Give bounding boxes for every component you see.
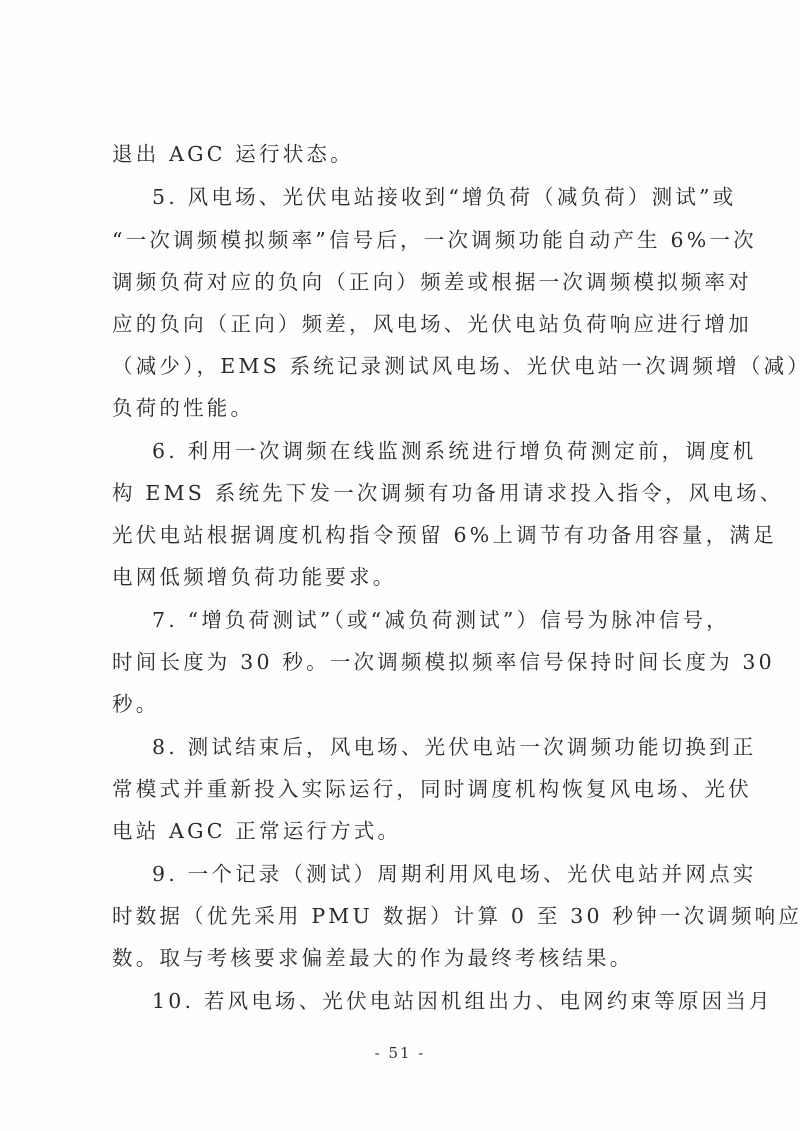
paragraph-8-start: 8. 测试结束后，风电场、光伏电站一次调频功能切换到正 bbox=[152, 733, 692, 761]
text-line: 构 EMS 系统先下发一次调频有功备用请求投入指令，风电场、 bbox=[112, 479, 692, 507]
text-line: （减少），EMS 系统记录测试风电场、光伏电站一次调频增（减） bbox=[112, 352, 692, 380]
text-line: 时数据（优先采用 PMU 数据）计算 0 至 30 秒钟一次调频响应指 bbox=[112, 902, 692, 930]
text-line: “一次调频模拟频率”信号后，一次调频功能自动产生 6%一次 bbox=[112, 226, 692, 254]
text-line: 数。取与考核要求偏差最大的作为最终考核结果。 bbox=[112, 944, 692, 972]
paragraph-6-start: 6. 利用一次调频在线监测系统进行增负荷测定前，调度机 bbox=[152, 437, 692, 465]
text-line: 时间长度为 30 秒。一次调频模拟频率信号保持时间长度为 30 bbox=[112, 648, 692, 676]
text-line: 秒。 bbox=[112, 690, 692, 718]
text-line: 应的负向（正向）频差，风电场、光伏电站负荷响应进行增加 bbox=[112, 310, 692, 338]
text-line: 光伏电站根据调度机构指令预留 6%上调节有功备用容量，满足 bbox=[112, 521, 692, 549]
document-page: 退出 AGC 运行状态。 5. 风电场、光伏电站接收到“增负荷（减负荷）测试”或… bbox=[0, 0, 800, 1131]
paragraph-9-start: 9. 一个记录（测试）周期利用风电场、光伏电站并网点实 bbox=[152, 860, 692, 888]
text-line: 负荷的性能。 bbox=[112, 394, 692, 422]
paragraph-7-start: 7. “增负荷测试”（或“减负荷测试”）信号为脉冲信号， bbox=[152, 606, 692, 634]
text-line: 常模式并重新投入实际运行，同时调度机构恢复风电场、光伏 bbox=[112, 775, 692, 803]
text-line: 调频负荷对应的负向（正向）频差或根据一次调频模拟频率对 bbox=[112, 268, 692, 296]
text-line: 退出 AGC 运行状态。 bbox=[112, 140, 692, 168]
paragraph-5-start: 5. 风电场、光伏电站接收到“增负荷（减负荷）测试”或 bbox=[152, 183, 692, 211]
page-number: - 51 - bbox=[0, 1044, 800, 1062]
paragraph-10-start: 10. 若风电场、光伏电站因机组出力、电网约束等原因当月 bbox=[152, 987, 692, 1015]
text-line: 电网低频增负荷功能要求。 bbox=[112, 563, 692, 591]
text-line: 电站 AGC 正常运行方式。 bbox=[112, 817, 692, 845]
